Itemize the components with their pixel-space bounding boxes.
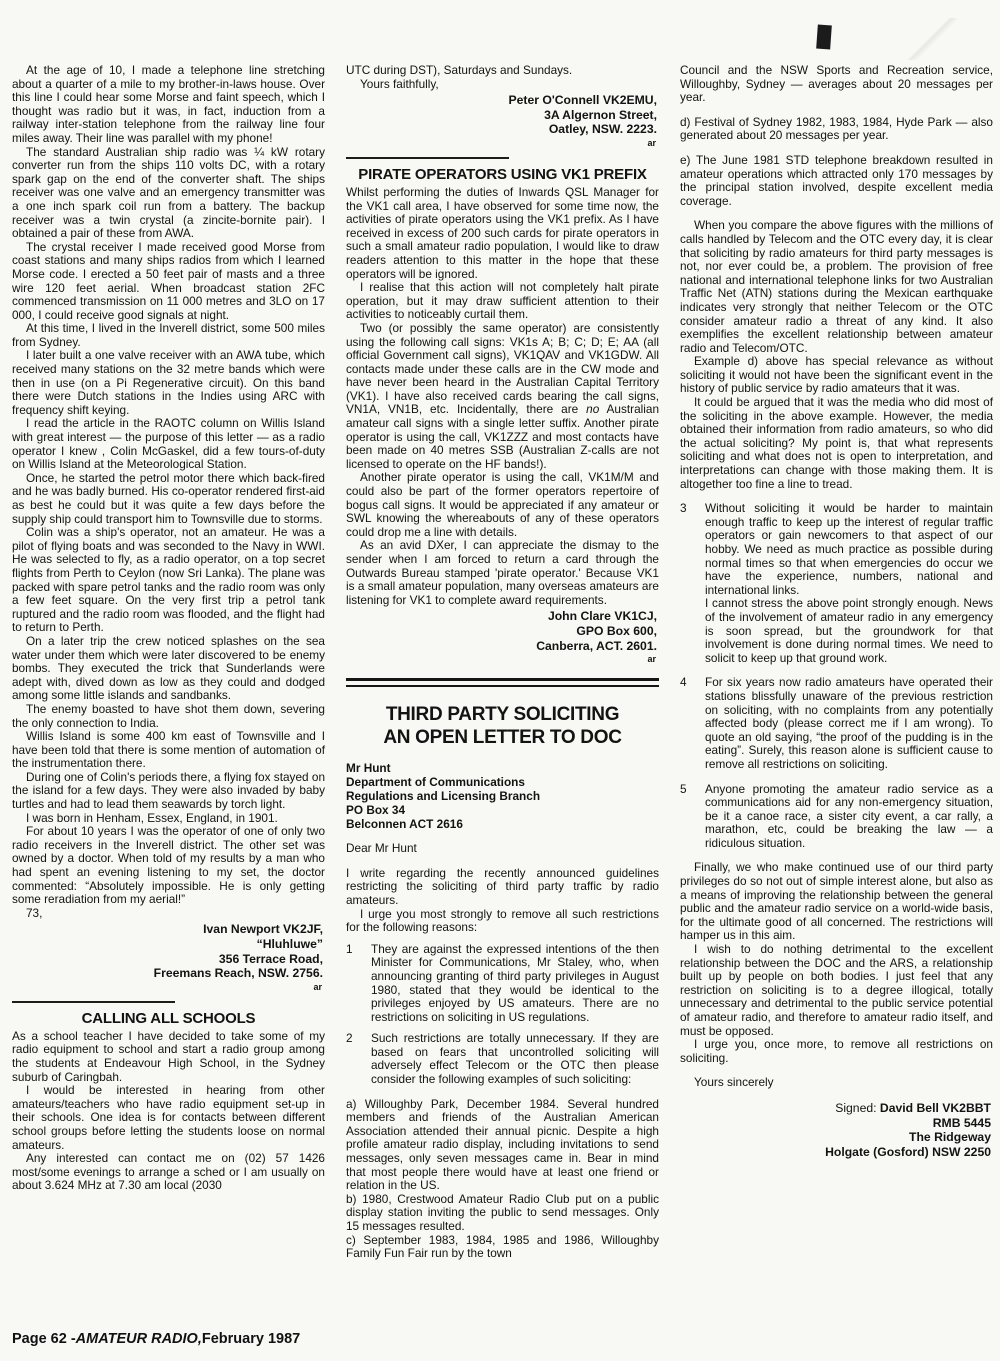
item-number: 4 bbox=[680, 676, 705, 771]
numbered-item: 4For six years now radio amateurs have o… bbox=[680, 676, 993, 771]
paragraph: Any interested can contact me on (02) 57… bbox=[12, 1152, 325, 1193]
signature-block: Ivan Newport VK2JF,“Hluhluwe”356 Terrace… bbox=[12, 922, 323, 980]
column-right: Council and the NSW Sports and Recreatio… bbox=[680, 64, 993, 1261]
paragraph: At the age of 10, I made a telephone lin… bbox=[12, 64, 325, 146]
paragraph: Willis Island is some 400 km east of Tow… bbox=[12, 730, 325, 771]
item-number: 2 bbox=[346, 1032, 371, 1086]
footer-issue-date: February 1987 bbox=[202, 1331, 300, 1347]
paragraph: Another pirate operator is using the cal… bbox=[346, 471, 659, 539]
numbered-item: 2Such restrictions are totally unnecessa… bbox=[346, 1032, 659, 1086]
item-text: Without soliciting it would be harder to… bbox=[705, 502, 993, 665]
paragraph: For about 10 years I was the operator of… bbox=[12, 825, 325, 907]
item-text: Such restrictions are totally unnecessar… bbox=[371, 1032, 659, 1086]
end-mark-ar: ar bbox=[346, 138, 656, 148]
paragraph: The standard Australian ship radio was ¼… bbox=[12, 146, 325, 241]
paragraph: e) The June 1981 STD telephone breakdown… bbox=[680, 154, 993, 208]
signature-block: John Clare VK1CJ,GPO Box 600,Canberra, A… bbox=[346, 609, 657, 653]
column-middle: UTC during DST), Saturdays and Sundays.Y… bbox=[346, 64, 659, 1261]
paragraph: I realise that this action will not comp… bbox=[346, 281, 659, 322]
paragraph: c) September 1983, 1984, 1985 and 1986, … bbox=[346, 1234, 659, 1261]
scan-artifact bbox=[816, 25, 832, 50]
numbered-item: 5Anyone promoting the amateur radio serv… bbox=[680, 783, 993, 851]
section-heading: CALLING ALL SCHOOLS bbox=[12, 1010, 325, 1028]
item-number: 3 bbox=[680, 502, 705, 665]
paragraph: I later built a one valve receiver with … bbox=[12, 349, 325, 417]
numbered-item: 1They are against the expressed intentio… bbox=[346, 943, 659, 1025]
paragraph: Once, he started the petrol motor there … bbox=[12, 472, 325, 526]
paragraph: As a school teacher I have decided to ta… bbox=[12, 1030, 325, 1084]
paragraph: The enemy boasted to have shot them down… bbox=[12, 703, 325, 730]
paragraph: When you compare the above figures with … bbox=[680, 219, 993, 355]
end-mark-ar: ar bbox=[12, 982, 322, 992]
paragraph: I was born in Henham, Essex, England, in… bbox=[12, 812, 325, 826]
paragraph: As an avid DXer, I can appreciate the di… bbox=[346, 539, 659, 607]
signature-block: Peter O'Connell VK2EMU,3A Algernon Stree… bbox=[346, 93, 657, 137]
footer-page-label: Page 62 - bbox=[12, 1331, 76, 1347]
item-text: They are against the expressed intention… bbox=[371, 943, 659, 1025]
paragraph: Example d) above has special relevance a… bbox=[680, 355, 993, 396]
column-left: At the age of 10, I made a telephone lin… bbox=[12, 64, 325, 1261]
paragraph: I urge you most strongly to remove all s… bbox=[346, 908, 659, 935]
page-footer: Page 62 -AMATEUR RADIO,February 1987 bbox=[12, 1331, 300, 1347]
paragraph: At this time, I lived in the Inverell di… bbox=[12, 322, 325, 349]
magazine-page: At the age of 10, I made a telephone lin… bbox=[0, 0, 1000, 1361]
paragraph: I read the article in the RAOTC column o… bbox=[12, 417, 325, 471]
section-heading: PIRATE OPERATORS USING VK1 PREFIX bbox=[346, 166, 659, 184]
paragraph: Yours sincerely bbox=[680, 1076, 993, 1090]
item-text: Anyone promoting the amateur radio servi… bbox=[705, 783, 993, 851]
paragraph: Finally, we who make continued use of ou… bbox=[680, 861, 993, 943]
paragraph: b) 1980, Crestwood Amateur Radio Club pu… bbox=[346, 1193, 659, 1234]
double-divider bbox=[346, 678, 659, 687]
numbered-item: 3Without soliciting it would be harder t… bbox=[680, 502, 993, 665]
paragraph: The crystal receiver I made received goo… bbox=[12, 241, 325, 323]
end-mark-ar: ar bbox=[346, 654, 656, 664]
paragraph: Whilst performing the duties of Inwards … bbox=[346, 186, 659, 281]
paragraph: d) Festival of Sydney 1982, 1983, 1984, … bbox=[680, 116, 993, 143]
address-block: Mr HuntDepartment of CommunicationsRegul… bbox=[346, 761, 659, 831]
item-number: 1 bbox=[346, 943, 371, 1025]
section-divider bbox=[346, 157, 509, 159]
footer-magazine-title: AMATEUR RADIO, bbox=[76, 1331, 202, 1347]
paragraph: I write regarding the recently announced… bbox=[346, 867, 659, 908]
paragraph: UTC during DST), Saturdays and Sundays. bbox=[346, 64, 659, 78]
item-text: For six years now radio amateurs have op… bbox=[705, 676, 993, 771]
paragraph: I wish to do nothing detrimental to the … bbox=[680, 943, 993, 1038]
paragraph: Dear Mr Hunt bbox=[346, 842, 659, 856]
paragraph: Colin was a ship's operator, not an amat… bbox=[12, 526, 325, 635]
paragraph: Council and the NSW Sports and Recreatio… bbox=[680, 64, 993, 105]
paragraph: During one of Colin's periods there, a f… bbox=[12, 771, 325, 812]
paragraph: Two (or possibly the same operator) are … bbox=[346, 322, 659, 472]
section-divider bbox=[12, 1001, 175, 1003]
paragraph: a) Willoughby Park, December 1984. Sever… bbox=[346, 1098, 659, 1193]
paragraph: I urge you, once more, to remove all res… bbox=[680, 1038, 993, 1065]
item-number: 5 bbox=[680, 783, 705, 851]
paragraph: 73, bbox=[12, 907, 325, 921]
signature-block: Signed: David Bell VK2BBTRMB 5445The Rid… bbox=[680, 1101, 991, 1159]
paragraph: Yours faithfully, bbox=[346, 78, 659, 92]
paragraph: I would be interested in hearing from ot… bbox=[12, 1084, 325, 1152]
paragraph: It could be argued that it was the media… bbox=[680, 396, 993, 491]
scan-smudge bbox=[890, 18, 980, 60]
letter-title-heading: THIRD PARTY SOLICITINGAN OPEN LETTER TO … bbox=[346, 703, 659, 749]
page-columns: At the age of 10, I made a telephone lin… bbox=[12, 64, 994, 1261]
paragraph: On a later trip the crew noticed splashe… bbox=[12, 635, 325, 703]
